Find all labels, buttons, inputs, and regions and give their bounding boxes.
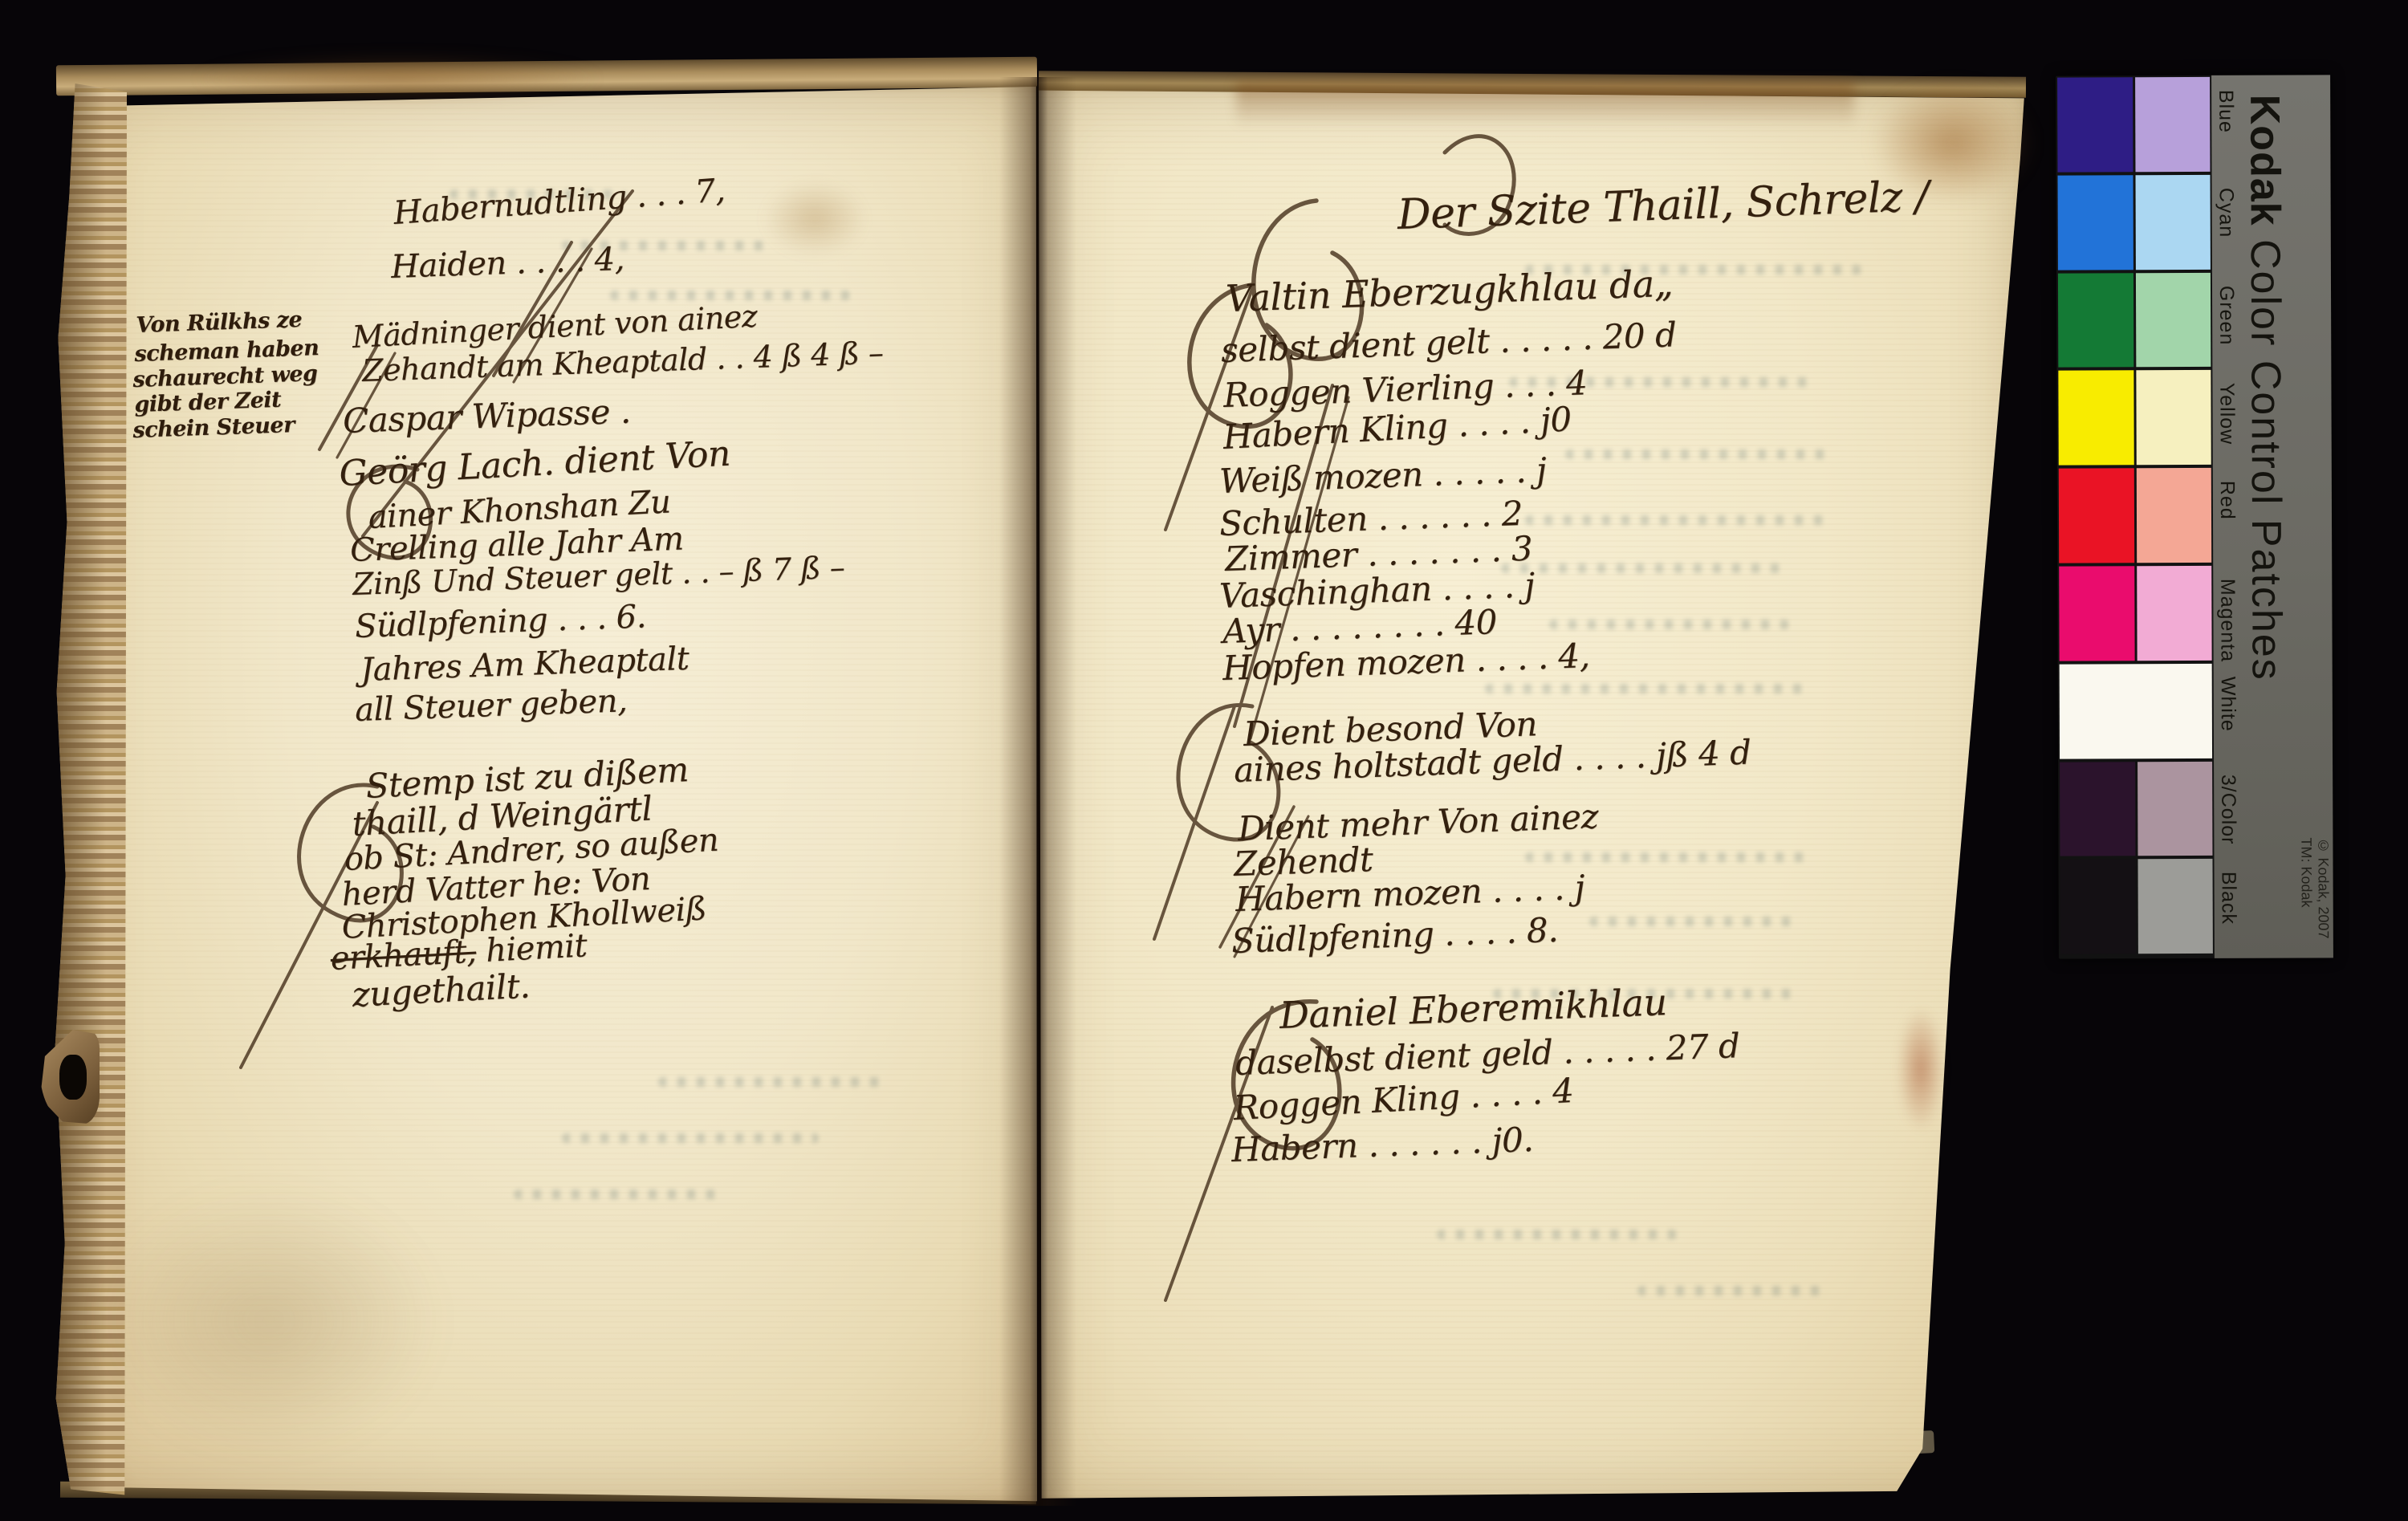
margin-note-line: gibt der Zeit xyxy=(134,388,282,417)
color-patch-green-light xyxy=(2136,273,2211,368)
margin-note-line: schaurecht weg xyxy=(132,361,318,392)
photo-backdrop: Habernudtling . . . 7,Haiden . . . . 4,M… xyxy=(0,0,2408,1521)
manuscript-line: Dient mehr Von ainez xyxy=(1237,796,1599,848)
color-patch-3-color xyxy=(2060,762,2135,856)
color-patch-red-light xyxy=(2137,468,2211,563)
patch-label: Black xyxy=(2217,872,2240,925)
strip-label-band: BlueCyanGreenYellowRedMagentaWhite3/Colo… xyxy=(2211,75,2333,958)
manuscript-line: zugethailt. xyxy=(351,966,531,1015)
patch-label: Red xyxy=(2215,481,2239,520)
manuscript-line: selbst dient gelt . . . . . 20 d xyxy=(1220,315,1677,370)
margin-note-line: schein Steuer xyxy=(132,413,295,443)
manuscript-line: Haiden . . . . 4, xyxy=(390,241,624,286)
kodak-logo-text: Kodak xyxy=(2241,95,2288,226)
color-patch-black-light xyxy=(2138,859,2212,954)
manuscript-line: all Steuer geben, xyxy=(354,682,628,729)
manuscript-line: Der Szite Thaill, Schrelz / xyxy=(1397,173,1930,239)
manuscript-text-layer: Habernudtling . . . 7,Haiden . . . . 4,M… xyxy=(0,0,2408,1521)
patch-label: Green xyxy=(2215,285,2238,345)
manuscript-line: Jahres Am Kheaptalt xyxy=(360,641,689,689)
patch-label: Yellow xyxy=(2215,383,2238,445)
color-patch-white xyxy=(2060,664,2212,758)
manuscript-line: Habern . . . . . . j0. xyxy=(1230,1120,1534,1169)
color-patch-yellow xyxy=(2058,371,2133,466)
manuscript-line: Valtin Eberzugkhlau da„ xyxy=(1225,262,1674,320)
manuscript-line: Südlpfening . . . . 8. xyxy=(1230,910,1559,961)
color-patch-green xyxy=(2058,273,2133,368)
kodak-color-strip: BlueCyanGreenYellowRedMagentaWhite3/Colo… xyxy=(2056,75,2333,958)
margin-note-line: Von Rülkhs ze xyxy=(136,307,303,338)
patch-label: Cyan xyxy=(2215,188,2238,238)
color-patch-cyan xyxy=(2058,175,2133,270)
manuscript-line: Caspar Wipasse . xyxy=(342,392,631,441)
color-patch-magenta xyxy=(2059,566,2134,661)
copyright-text: © Kodak, 2007 TM: Kodak xyxy=(2297,837,2332,958)
patch-label: Magenta xyxy=(2215,579,2239,662)
patch-label: 3/Color xyxy=(2216,774,2239,844)
color-patch-cyan-light xyxy=(2136,175,2211,270)
color-patch-yellow-light xyxy=(2136,370,2211,465)
color-patch-red xyxy=(2059,468,2134,563)
patch-label: Blue xyxy=(2214,90,2237,133)
color-patch-black xyxy=(2060,860,2135,954)
kodak-brand-text: Kodak Color Control Patches xyxy=(2240,95,2291,681)
color-patch-3-color-light xyxy=(2138,762,2212,856)
manuscript-line: Südlpfening . . . 6. xyxy=(354,598,646,645)
manuscript-line: Daniel Eberemikhlau xyxy=(1279,980,1667,1037)
manuscript-line: Weiß mozen . . . . . j xyxy=(1218,450,1547,501)
patch-labels: BlueCyanGreenYellowRedMagentaWhite3/Colo… xyxy=(2211,75,2330,75)
manuscript-line: Habernudtling . . . 7, xyxy=(393,172,726,232)
manuscript-line: Geörg Lach. dient Von xyxy=(338,433,731,494)
color-patch-blue-light xyxy=(2135,77,2210,172)
color-patch-magenta-light xyxy=(2137,566,2211,661)
patch-label: White xyxy=(2216,677,2239,732)
color-patch-blue xyxy=(2057,77,2133,172)
